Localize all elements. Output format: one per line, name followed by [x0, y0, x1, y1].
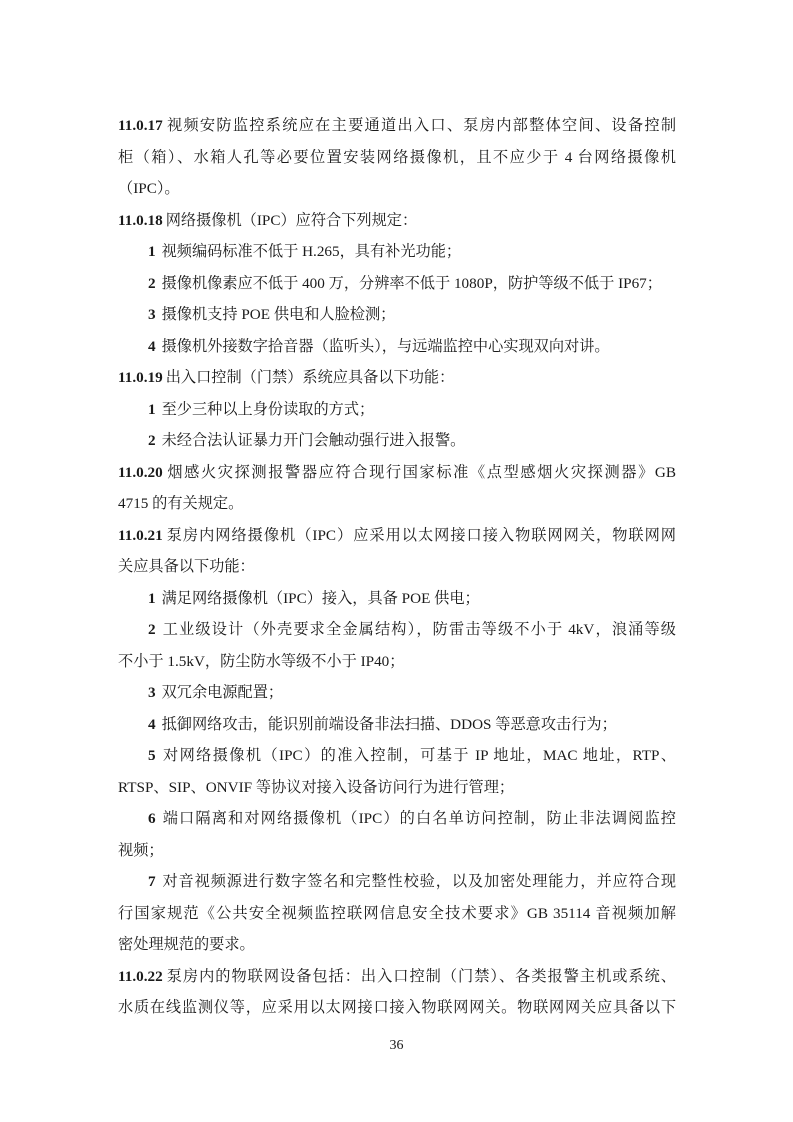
list-item-line: 2工业级设计（外壳要求全金属结构），防雷击等级不小于 4kV，浪涌等级 — [118, 614, 676, 646]
document-body: 11.0.17视频安防监控系统应在主要通道出入口、泵房内部整体空间、设备控制柜（… — [118, 110, 676, 1024]
line-text: 至少三种以上身份读取的方式； — [162, 401, 375, 418]
list-item-line: 2未经合法认证暴力开门会触动强行进入报警。 — [118, 425, 676, 457]
continuation-line: 4715 的有关规定。 — [118, 488, 676, 520]
item-number: 4 — [148, 716, 156, 733]
clause-number: 11.0.18 — [118, 212, 163, 229]
list-item-line: 3双冗余电源配置； — [118, 677, 676, 709]
clause-number: 11.0.21 — [118, 527, 163, 544]
clause-number: 11.0.17 — [118, 117, 163, 134]
line-text: 行国家规范《公共安全视频监控联网信息安全技术要求》GB 35114 音视频加解 — [118, 905, 676, 922]
list-item-line: 1视频编码标准不低于 H.265，具有补光功能； — [118, 236, 676, 268]
item-number: 1 — [148, 401, 156, 418]
item-number: 2 — [148, 432, 156, 449]
line-text: 摄像机像素应不低于 400 万，分辨率不低于 1080P，防护等级不低于 IP6… — [162, 275, 662, 292]
list-item-line: 5对网络摄像机（IPC）的准入控制，可基于 IP 地址，MAC 地址，RTP、 — [118, 740, 676, 772]
clause-number: 11.0.19 — [118, 369, 163, 386]
line-text: 关应具备以下功能： — [118, 558, 255, 575]
line-text: 对网络摄像机（IPC）的准入控制，可基于 IP 地址，MAC 地址，RTP、 — [162, 747, 676, 764]
item-number: 3 — [148, 684, 156, 701]
line-text: 对音视频源进行数字签名和完整性校验，以及加密处理能力，并应符合现 — [162, 873, 676, 890]
line-text: 泵房内网络摄像机（IPC）应采用以太网接口接入物联网网关，物联网网 — [166, 527, 676, 544]
line-text: （IPC）。 — [118, 180, 180, 197]
line-text: 抵御网络攻击，能识别前端设备非法扫描、DDOS 等恶意攻击行为； — [162, 716, 617, 733]
list-item-line: 1满足网络摄像机（IPC）接入，具备 POE 供电； — [118, 583, 676, 615]
item-number: 1 — [148, 243, 156, 260]
item-number: 3 — [148, 306, 156, 323]
item-number: 1 — [148, 590, 156, 607]
continuation-line: 柜（箱）、水箱人孔等必要位置安装网络摄像机，且不应少于 4 台网络摄像机 — [118, 142, 676, 174]
page-number: 36 — [0, 1038, 793, 1054]
line-text: 视频编码标准不低于 H.265，具有补光功能； — [162, 243, 462, 260]
line-text: 出入口控制（门禁）系统应具备以下功能： — [166, 369, 455, 386]
item-number: 2 — [148, 275, 156, 292]
item-number: 6 — [148, 810, 156, 827]
continuation-line: 水质在线监测仪等，应采用以太网接口接入物联网网关。物联网网关应具备以下 — [118, 992, 676, 1024]
continuation-line: 行国家规范《公共安全视频监控联网信息安全技术要求》GB 35114 音视频加解 — [118, 898, 676, 930]
line-text: 未经合法认证暴力开门会触动强行进入报警。 — [162, 432, 466, 449]
line-text: 网络摄像机（IPC）应符合下列规定： — [166, 212, 417, 229]
line-text: 密处理规范的要求。 — [118, 936, 255, 953]
line-text: 端口隔离和对网络摄像机（IPC）的白名单访问控制，防止非法调阅监控 — [162, 810, 676, 827]
clause-line: 11.0.20烟感火灾探测报警器应符合现行国家标准《点型感烟火灾探测器》GB — [118, 457, 676, 489]
line-text: 摄像机外接数字拾音器（监听头），与远端监控中心实现双向对讲。 — [162, 338, 610, 355]
line-text: 视频； — [118, 842, 164, 859]
clause-line: 11.0.22泵房内的物联网设备包括：出入口控制（门禁）、各类报警主机或系统、 — [118, 961, 676, 993]
item-number: 4 — [148, 338, 156, 355]
line-text: 水质在线监测仪等，应采用以太网接口接入物联网网关。物联网网关应具备以下 — [118, 999, 676, 1016]
clause-number: 11.0.22 — [118, 968, 163, 985]
continuation-line: 不小于 1.5kV，防尘防水等级不小于 IP40； — [118, 646, 676, 678]
line-text: 满足网络摄像机（IPC）接入，具备 POE 供电； — [162, 590, 480, 607]
continuation-line: 视频； — [118, 835, 676, 867]
list-item-line: 1至少三种以上身份读取的方式； — [118, 394, 676, 426]
line-text: 烟感火灾探测报警器应符合现行国家标准《点型感烟火灾探测器》GB — [166, 464, 676, 481]
list-item-line: 6端口隔离和对网络摄像机（IPC）的白名单访问控制，防止非法调阅监控 — [118, 803, 676, 835]
continuation-line: 关应具备以下功能： — [118, 551, 676, 583]
line-text: 摄像机支持 POE 供电和人脸检测； — [162, 306, 396, 323]
line-text: 视频安防监控系统应在主要通道出入口、泵房内部整体空间、设备控制 — [166, 117, 676, 134]
list-item-line: 7对音视频源进行数字签名和完整性校验，以及加密处理能力，并应符合现 — [118, 866, 676, 898]
line-text: 柜（箱）、水箱人孔等必要位置安装网络摄像机，且不应少于 4 台网络摄像机 — [118, 149, 676, 166]
line-text: 不小于 1.5kV，防尘防水等级不小于 IP40； — [118, 653, 404, 670]
item-number: 5 — [148, 747, 156, 764]
item-number: 2 — [148, 621, 156, 638]
continuation-line: 密处理规范的要求。 — [118, 929, 676, 961]
list-item-line: 2摄像机像素应不低于 400 万，分辨率不低于 1080P，防护等级不低于 IP… — [118, 268, 676, 300]
line-text: 工业级设计（外壳要求全金属结构），防雷击等级不小于 4kV，浪涌等级 — [162, 621, 676, 638]
list-item-line: 3摄像机支持 POE 供电和人脸检测； — [118, 299, 676, 331]
continuation-line: （IPC）。 — [118, 173, 676, 205]
clause-line: 11.0.19出入口控制（门禁）系统应具备以下功能： — [118, 362, 676, 394]
item-number: 7 — [148, 873, 156, 890]
clause-number: 11.0.20 — [118, 464, 163, 481]
line-text: 4715 的有关规定。 — [118, 495, 243, 512]
clause-line: 11.0.17视频安防监控系统应在主要通道出入口、泵房内部整体空间、设备控制 — [118, 110, 676, 142]
line-text: RTSP、SIP、ONVIF 等协议对接入设备访问行为进行管理； — [118, 779, 514, 796]
list-item-line: 4抵御网络攻击，能识别前端设备非法扫描、DDOS 等恶意攻击行为； — [118, 709, 676, 741]
line-text: 泵房内的物联网设备包括：出入口控制（门禁）、各类报警主机或系统、 — [166, 968, 676, 985]
clause-line: 11.0.21泵房内网络摄像机（IPC）应采用以太网接口接入物联网网关，物联网网 — [118, 520, 676, 552]
continuation-line: RTSP、SIP、ONVIF 等协议对接入设备访问行为进行管理； — [118, 772, 676, 804]
clause-line: 11.0.18网络摄像机（IPC）应符合下列规定： — [118, 205, 676, 237]
list-item-line: 4摄像机外接数字拾音器（监听头），与远端监控中心实现双向对讲。 — [118, 331, 676, 363]
line-text: 双冗余电源配置； — [162, 684, 284, 701]
